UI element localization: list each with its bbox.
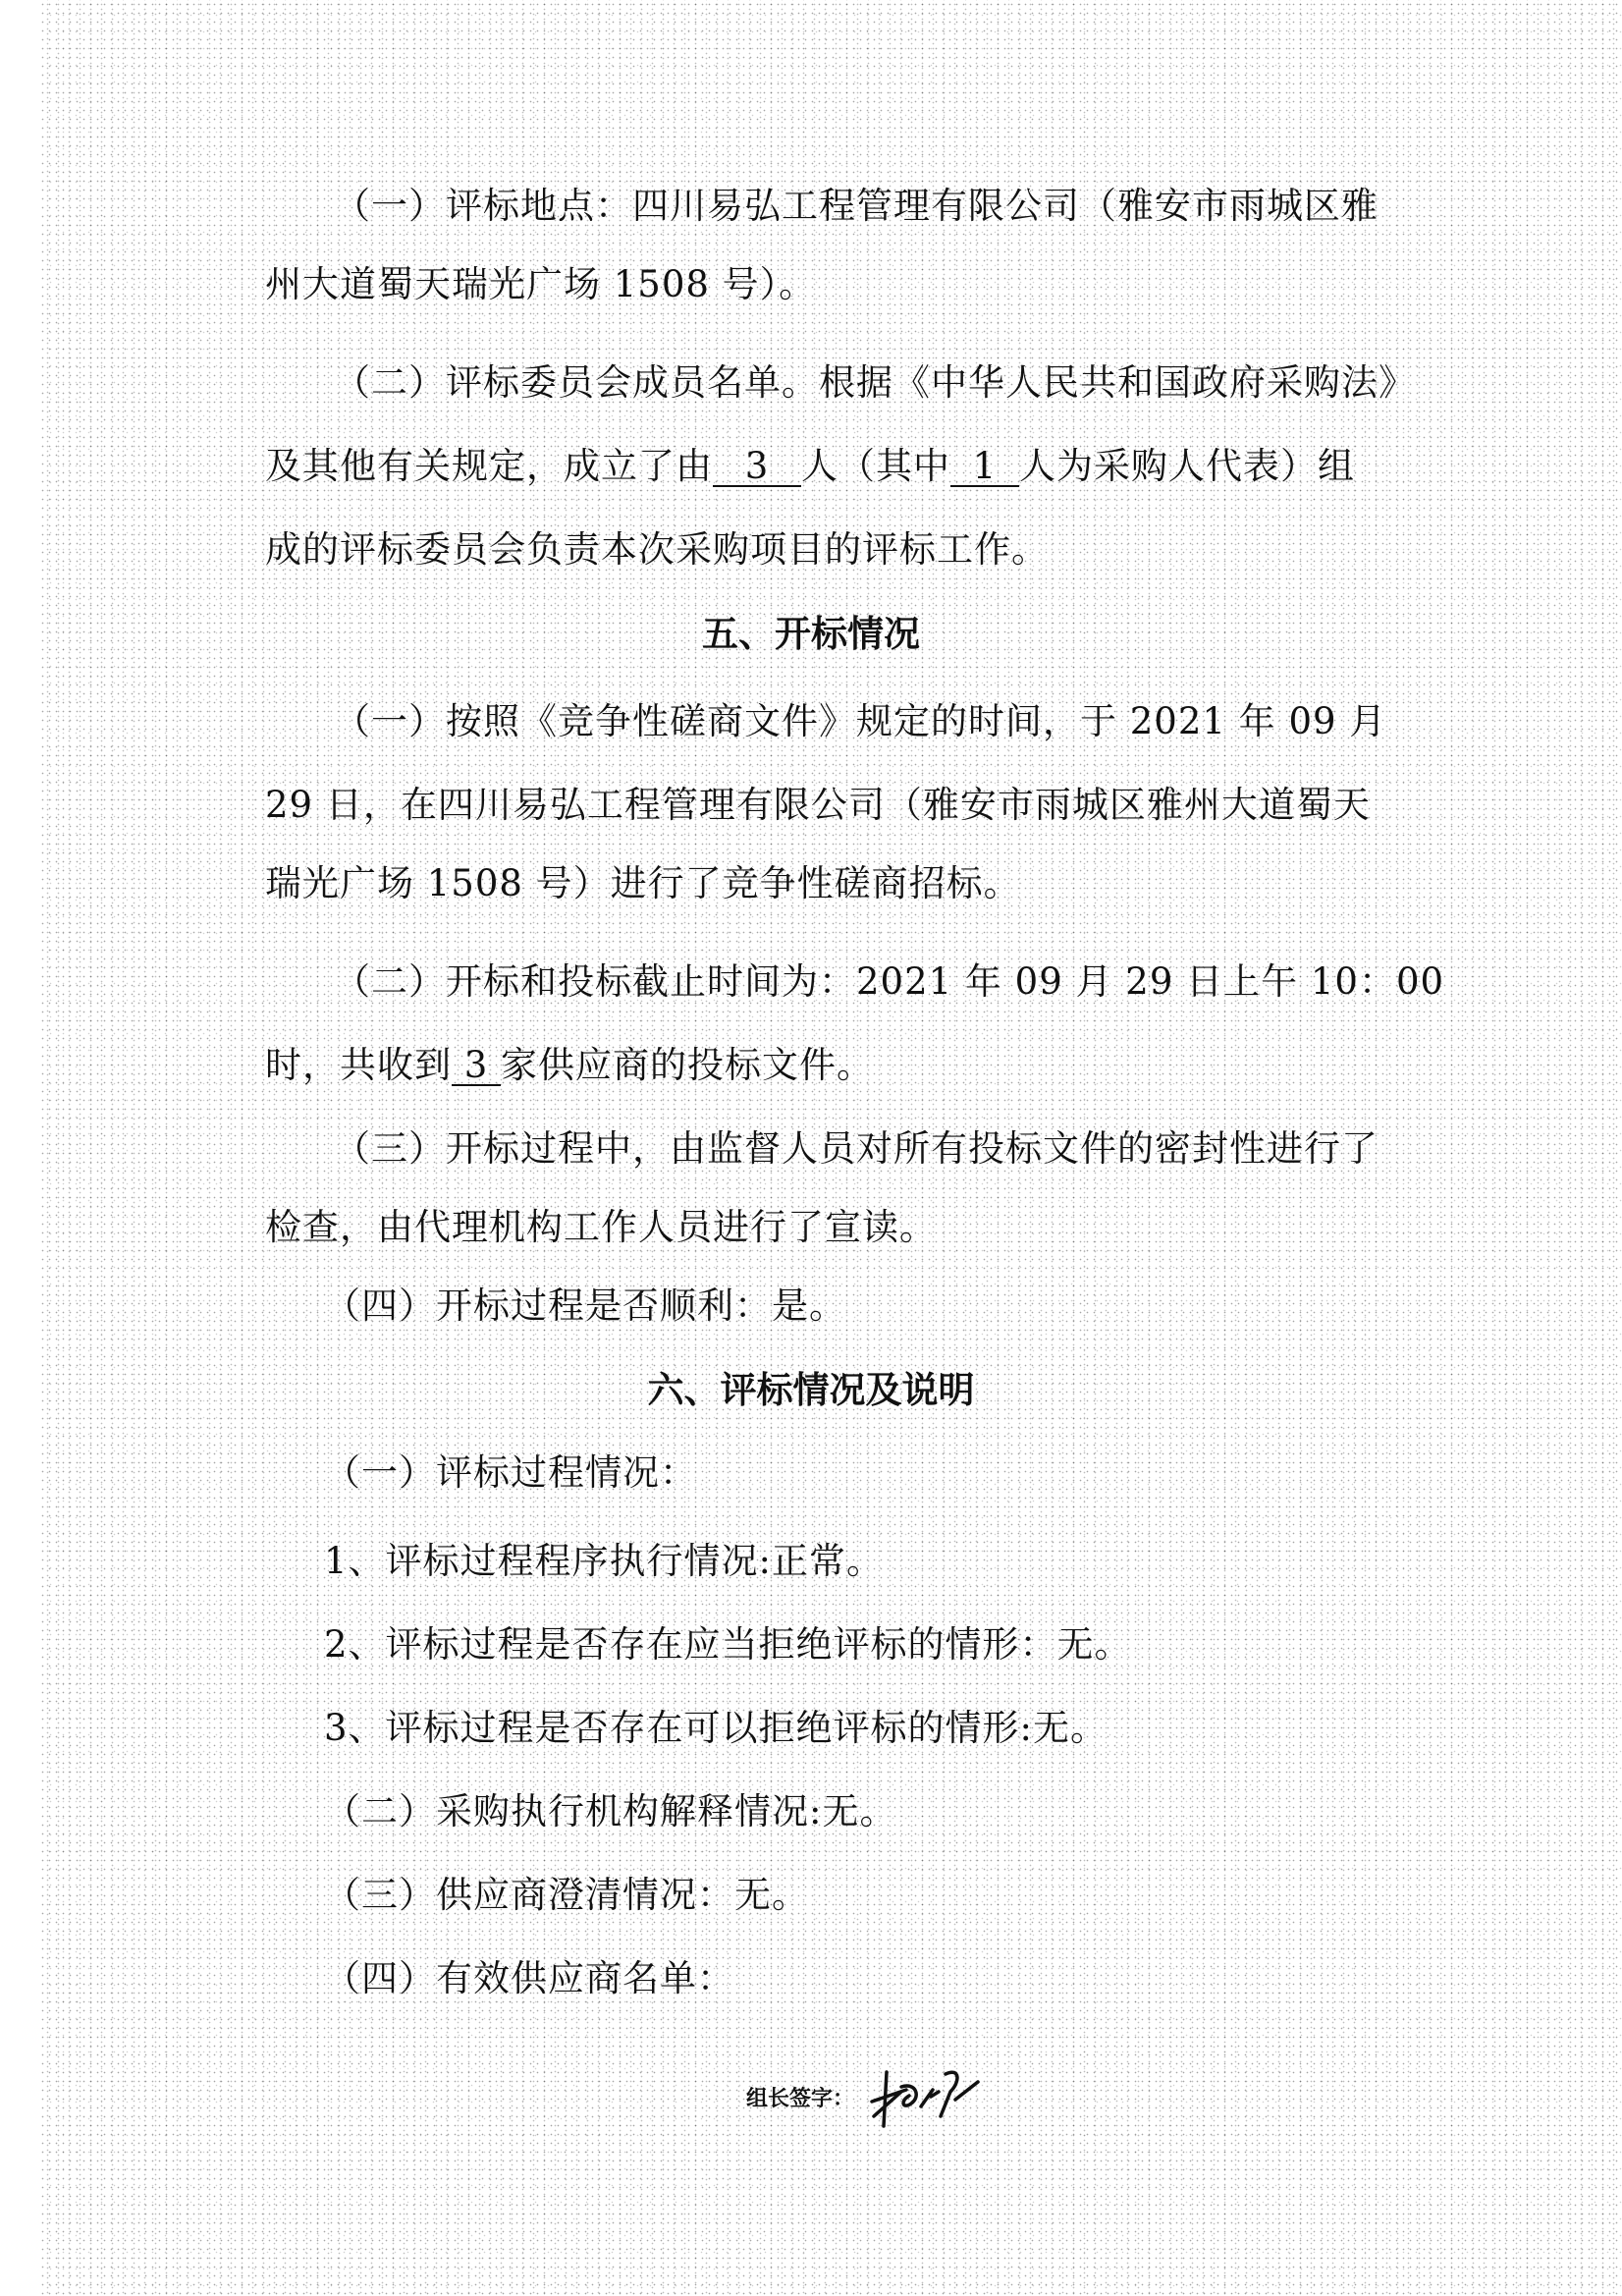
committee-text-mid: 人（其中: [801, 445, 950, 487]
section-heading-evaluation: 六、评标情况及说明: [0, 1368, 1622, 1411]
agency-explanation-line: （二）采购执行机构解释情况:无。: [324, 1790, 1473, 1833]
committee-list-line-2: 及其他有关规定，成立了由3人（其中1人为采购人代表）组: [265, 445, 1414, 488]
supplier-count: 3: [452, 1047, 501, 1086]
bid-deadline-line-1: （二）开标和投标截止时间为：2021 年 09 月 29 日上午 10：00: [334, 960, 1483, 1004]
committee-list-line-3: 成的评标委员会负责本次采购项目的评标工作。: [265, 528, 1414, 572]
evaluation-process-line: （一）评标过程情况：: [324, 1451, 1473, 1495]
seal-check-line-1: （三）开标过程中，由监督人员对所有投标文件的密封性进行了: [334, 1127, 1483, 1171]
bid-deadline-text-post: 家供应商的投标文件。: [501, 1044, 874, 1086]
bid-opening-time-line-3: 瑞光广场 1508 号）进行了竞争性磋商招标。: [265, 862, 1414, 905]
committee-count: 3: [713, 448, 801, 487]
leader-signature-block: 组长签字：: [746, 2062, 1000, 2131]
supplier-clarification-line: （三）供应商澄清情况：无。: [324, 1874, 1473, 1917]
evaluation-location-line-2: 州大道蜀天瑞光广场 1508 号）。: [265, 263, 1414, 306]
section-heading-bid-opening: 五、开标情况: [0, 612, 1622, 655]
evaluation-sub-1: 1、评标过程程序执行情况:正常。: [324, 1540, 1473, 1583]
bid-opening-time-line-2: 29 日，在四川易弘工程管理有限公司（雅安市雨城区雅州大道蜀天: [265, 784, 1414, 827]
signature-label: 组长签字：: [746, 2082, 854, 2112]
evaluation-sub-3: 3、评标过程是否存在可以拒绝评标的情形:无。: [324, 1707, 1473, 1750]
evaluation-sub-2: 2、评标过程是否存在应当拒绝评标的情形：无。: [324, 1623, 1473, 1667]
committee-list-line-1: （二）评标委员会成员名单。根据《中华人民共和国政府采购法》: [334, 361, 1483, 405]
document-page: （一）评标地点：四川易弘工程管理有限公司（雅安市雨城区雅 州大道蜀天瑞光广场 1…: [0, 0, 1622, 2296]
valid-supplier-list-line: （四）有效供应商名单：: [324, 1957, 1473, 2000]
bid-deadline-line-2: 时，共收到3家供应商的投标文件。: [265, 1044, 1414, 1087]
committee-text-post: 人为采购人代表）组: [1019, 445, 1355, 487]
opening-smooth-line: （四）开标过程是否顺利：是。: [324, 1285, 1473, 1328]
purchaser-rep-count: 1: [950, 448, 1019, 487]
committee-text-pre: 及其他有关规定，成立了由: [265, 445, 713, 487]
seal-check-line-2: 检查，由代理机构工作人员进行了宣读。: [265, 1206, 1414, 1249]
evaluation-location-line-1: （一）评标地点：四川易弘工程管理有限公司（雅安市雨城区雅: [334, 185, 1483, 228]
handwritten-signature-icon: [862, 2062, 1000, 2131]
bid-opening-time-line-1: （一）按照《竞争性磋商文件》规定的时间，于 2021 年 09 月: [334, 700, 1483, 743]
bid-deadline-text-pre: 时，共收到: [265, 1044, 452, 1086]
